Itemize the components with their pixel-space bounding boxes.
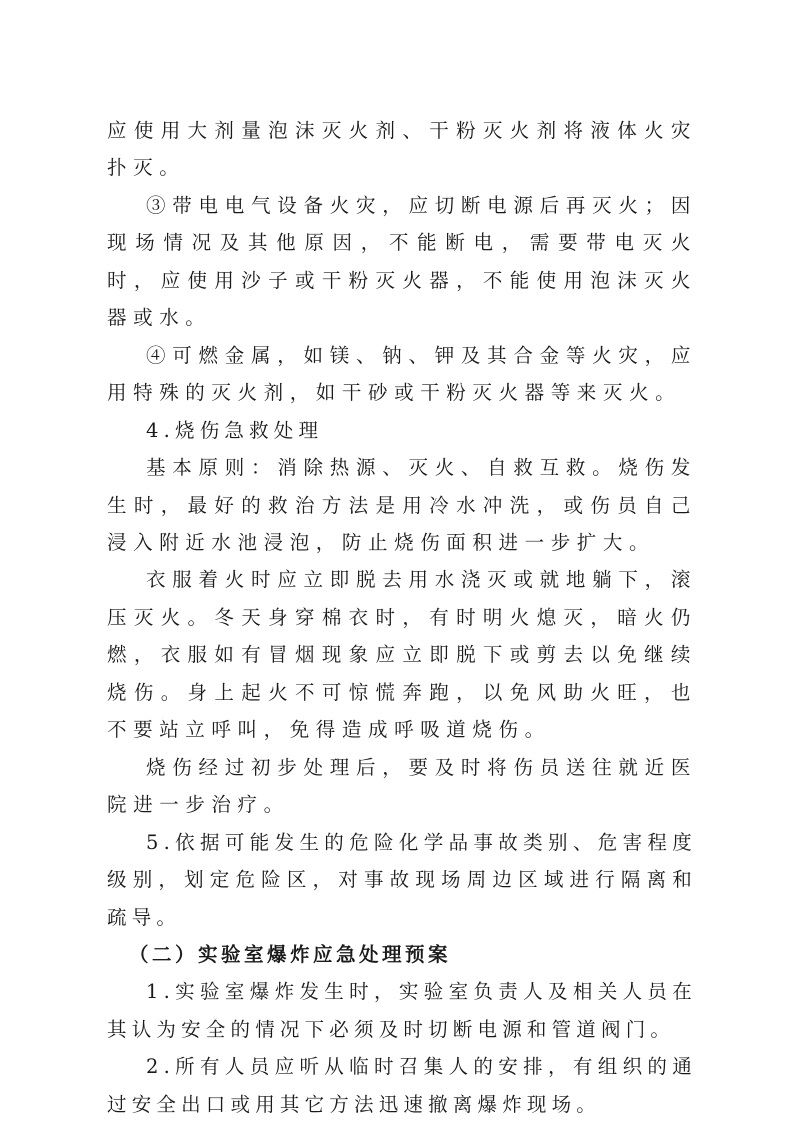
paragraph-clothing-fire: 衣服着火时应立即脱去用水浇灭或就地躺下，滚压灭火。冬天身穿棉衣时，有时明火熄灭，… <box>107 561 697 748</box>
paragraph-danger-zone: 5.依据可能发生的危险化学品事故类别、危害程度级别，划定危险区，对事故现场周边区… <box>107 824 697 936</box>
paragraph-explosion-step-1: 1.实验室爆炸发生时，实验室负责人及相关人员在其认为安全的情况下必须及时切断电源… <box>107 973 697 1048</box>
paragraph-liquid-fire-end: 应使用大剂量泡沫灭火剂、干粉灭火剂将液体火灾扑灭。 <box>107 112 697 187</box>
paragraph-metal-fire: ④可燃金属，如镁、钠、钾及其合金等火灾，应用特殊的灭火剂，如干砂或干粉灭火器等来… <box>107 337 697 412</box>
paragraph-burn-principles: 基本原则：消除热源、灭火、自救互救。烧伤发生时，最好的救治方法是用冷水冲洗，或伤… <box>107 449 697 561</box>
section-heading-explosion-plan: （二）实验室爆炸应急处理预案 <box>107 936 697 973</box>
paragraph-explosion-step-2: 2.所有人员应听从临时召集人的安排，有组织的通过安全出口或用其它方法迅速撤离爆炸… <box>107 1048 697 1122</box>
document-page: 应使用大剂量泡沫灭火剂、干粉灭火剂将液体火灾扑灭。 ③带电电气设备火灾，应切断电… <box>107 112 697 1122</box>
section-burn-first-aid: 4.烧伤急救处理 <box>107 412 697 449</box>
paragraph-burn-hospital: 烧伤经过初步处理后，要及时将伤员送往就近医院进一步治疗。 <box>107 749 697 824</box>
paragraph-electrical-fire: ③带电电气设备火灾，应切断电源后再灭火；因现场情况及其他原因，不能断电，需要带电… <box>107 187 697 337</box>
